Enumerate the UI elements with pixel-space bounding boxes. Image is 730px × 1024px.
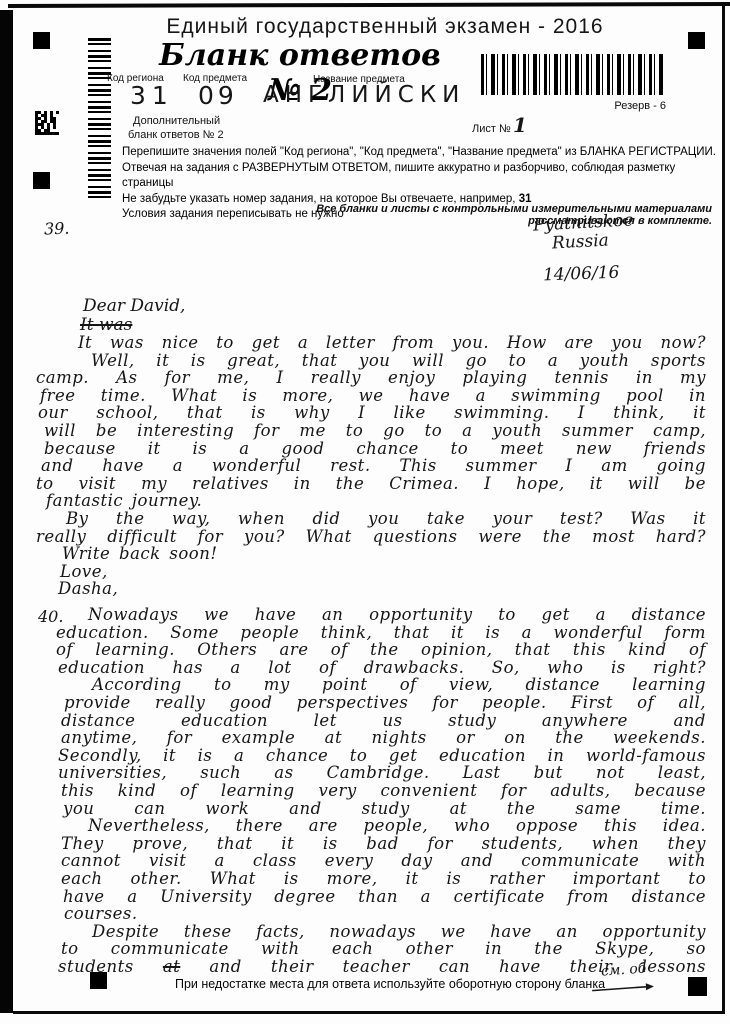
task40-essay-body: Nowadays we have an opportunity to get a…: [36, 606, 706, 975]
letter-date: 14/06/16: [543, 263, 620, 286]
essay-line: have a University degree than a certific…: [36, 888, 706, 906]
scan-edge-bar: [0, 10, 13, 1013]
registration-mark-mid-left: [33, 172, 50, 189]
reserve-label: Резерв - 6: [586, 100, 666, 112]
essay-line: courses.: [36, 905, 706, 923]
crossed-out-draft: It was: [80, 315, 132, 335]
essay-line: each other. What is more, it is rather i…: [36, 870, 706, 888]
essay-line: provide really good perspectives for peo…: [36, 694, 706, 712]
essay-line: you can work and study at the same time.: [36, 800, 706, 818]
essay-line: education has a lot of drawbacks. So, wh…: [36, 659, 706, 677]
essay-line: Nevertheless, there are people, who oppo…: [36, 817, 706, 835]
essay-line-prefix: students: [58, 957, 134, 976]
essay-line: universities, such as Cambridge. Last bu…: [36, 764, 706, 782]
additional-form-label-line2: бланк ответов № 2: [128, 128, 224, 142]
letter-line: camp. As for me, I really enjoy playing …: [36, 369, 706, 387]
page-border-bottom: [13, 1011, 723, 1014]
essay-line: education. Some people think, that it is…: [36, 624, 706, 642]
letter-line: It was nice to get a letter from you. Ho…: [36, 334, 706, 352]
registration-mark-top-left: [33, 32, 50, 49]
letter-line: fantastic journey.: [36, 492, 706, 510]
footer-note: При недостатке места для ответа использу…: [130, 977, 650, 991]
main-barcode: [481, 54, 663, 95]
registration-mark-bottom-right: [688, 977, 707, 996]
instruction-line-1: Перепишите значения полей "Код региона",…: [122, 145, 722, 161]
essay-line: this kind of learning very convenient fo…: [36, 782, 706, 800]
letter-line: really difficult for you? What questions…: [36, 528, 706, 546]
subject-code-value: 09: [198, 81, 238, 110]
essay-line: to communicate with each other in the Sk…: [36, 940, 706, 958]
letter-salutation: Dear David,: [83, 296, 185, 316]
sheet-number-label: Лист №: [472, 122, 511, 136]
letter-line: free time. What is more, we have a swimm…: [36, 387, 706, 405]
task39-number: 39.: [44, 219, 70, 239]
vertical-barcode-strip: [88, 38, 111, 199]
essay-line: Nowadays we have an opportunity to get a…: [36, 606, 706, 624]
letter-line: to visit my relatives in the Crimea. I h…: [36, 475, 706, 493]
letter-line: Well, it is great, that you will go to a…: [36, 352, 706, 370]
essay-line: They prove, that it is bad for students,…: [36, 835, 706, 853]
letter-line: Write back soon!: [36, 545, 706, 563]
crossed-out-word: at: [163, 957, 180, 976]
letter-line: and have a wonderful rest. This summer I…: [36, 457, 706, 475]
subject-name-value: АНГЛИЙСКИ: [263, 82, 465, 108]
sender-country: Russia: [552, 231, 610, 254]
datamatrix-code: [35, 111, 59, 135]
essay-line: Despite these facts, nowadays we have an…: [36, 923, 706, 941]
letter-line: because it is a good chance to meet new …: [36, 440, 706, 458]
handwritten-see-reverse: см. об: [600, 960, 646, 979]
letter-line: will be interesting for me to go to a yo…: [36, 422, 706, 440]
page-border-top: [8, 2, 730, 8]
task39-letter-body: It was nice to get a letter from you. Ho…: [36, 334, 706, 598]
essay-line: anytime, for example at nights or on the…: [36, 729, 706, 747]
sheet-number-value: 1: [513, 113, 527, 137]
see-reverse-arrow-icon: [592, 980, 655, 995]
essay-line: distance education let us study anywhere…: [36, 712, 706, 730]
letter-line: our school, that is why I like swimming.…: [36, 404, 706, 422]
page-border-right: [722, 6, 725, 1014]
letter-signature: Dasha,: [36, 580, 706, 598]
additional-form-label-line1: Дополнительный: [133, 114, 220, 128]
kit-notice: Все бланки и листы с контрольными измери…: [228, 203, 712, 227]
letter-line: Love,: [36, 563, 706, 581]
exam-title: Единый государственный экзамен - 2016: [60, 15, 710, 39]
essay-line: Secondly, it is a chance to get educatio…: [36, 747, 706, 765]
region-code-value: 31: [130, 81, 174, 110]
essay-line: of learning. Others are of the opinion, …: [36, 641, 706, 659]
letter-line: By the way, when did you take your test?…: [36, 510, 706, 528]
essay-line: According to my point of view, distance …: [36, 676, 706, 694]
instruction-line-2: Отвечая на задания с РАЗВЕРНУТЫМ ОТВЕТОМ…: [122, 161, 722, 192]
essay-line: cannot visit a class every day and commu…: [36, 852, 706, 870]
